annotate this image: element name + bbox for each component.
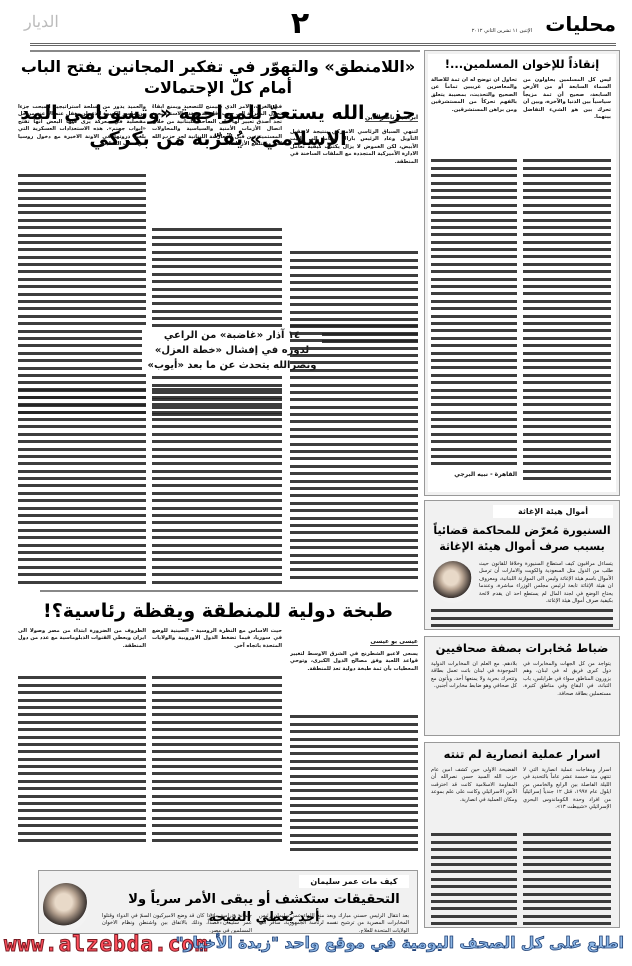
brotherhood-col-2: تحاول أن توضح له أن ثمة للاصالة والمعاصر… xyxy=(431,77,517,155)
second-byline: عيسى بو عيسى xyxy=(370,638,418,646)
suleiman-kicker: كيف مات عمر سليمان xyxy=(299,875,409,888)
second-col-1-text: يسعى لاعبو الشطرنج في الشرق الأوسط لتغيي… xyxy=(290,651,418,711)
suleiman-box: كيف مات عمر سليمان التحقيقات ستكشف أو يب… xyxy=(38,870,418,934)
siniora-body: يتساءل مراقبون كيف استطاع السنيورة وخلاف… xyxy=(479,561,613,605)
second-col-1: عيسى بو عيسى يسعى لاعبو الشطرنج في الشرق… xyxy=(290,628,418,853)
brotherhood-signature: القاهرة - نبيه البرجي xyxy=(431,471,517,478)
suleiman-photo xyxy=(43,883,89,931)
siniora-title-line1: السنيورة مُعرّض للمحاكمة قضائياً xyxy=(431,523,613,538)
main-rule xyxy=(30,50,420,52)
main-col-2-text: في الغرب، الأمر الذي سيمنح للتصعيد ويمنع… xyxy=(152,104,282,224)
watermark-banner: www.alzebda.com اطلع على كل الصحف اليومي… xyxy=(0,930,632,960)
ansariya-title: اسرار عملية انصارية لم تنته xyxy=(431,747,613,761)
main-lead: لتنهي السباق الرئاسي الاميركي بنتيجة لا … xyxy=(290,129,418,247)
second-col-2-text: حيث الاساس مع النظرة الروسية - الصينية ل… xyxy=(152,628,282,672)
issue-date: الإثنين ١١ تشرين الثاني ٢٠١٢ xyxy=(472,28,532,34)
section-title: محليات xyxy=(545,12,616,36)
second-col-3-text: الظروف من الضرورة ابتداء من مصر وصولاً ا… xyxy=(18,628,146,672)
siniora-photo xyxy=(433,561,473,603)
brotherhood-col-1: ليس كل المسلمين يحاولون من السماء السابع… xyxy=(523,77,611,155)
intelligence-title: ضباط مُخابرات بصفة صحافيين xyxy=(431,641,613,655)
siniora-title-line2: بسبب صرف أموال هيئة الإغاثة xyxy=(431,539,613,554)
section-divider xyxy=(40,590,418,592)
main-col-1: ابراهيم ناصرالدين لتنهي السباق الرئاسي ا… xyxy=(290,104,418,347)
banner-promo-text: اطلع على كل الصحف اليومية في موقع واحد "… xyxy=(176,934,624,952)
second-col-3: الظروف من الضرورة ابتداء من مصر وصولاً ا… xyxy=(18,628,146,842)
main-byline: ابراهيم ناصرالدين xyxy=(365,114,418,122)
main-col-1-lower xyxy=(290,320,418,584)
ansariya-box: اسرار عملية انصارية لم تنته اسرار ومفاجآ… xyxy=(424,742,620,928)
second-headline: طبخة دولية للمنطقة ويقظة رئاسية؟! xyxy=(18,598,418,624)
page-number: ٢ xyxy=(270,6,330,41)
ansariya-col-2: الفضيحة الاولى حين كشف امين عام حزب الله… xyxy=(431,767,517,827)
brotherhood-box: إنقاذاً للإخوان المسلمين...! ليس كل المس… xyxy=(424,50,620,496)
brotherhood-title: إنقاذاً للإخوان المسلمين...! xyxy=(431,57,613,71)
intelligence-box: ضباط مُخابرات بصفة صحافيين يتواجد من كل … xyxy=(424,636,620,736)
main-col-3-text: والعميد يدور من أسلحة استراتيجية أصبحت ج… xyxy=(18,104,146,170)
newspaper-logo: الديار xyxy=(24,12,59,31)
ansariya-col-1: اسرار ومفاجآت عملية انصارية التي لا تنته… xyxy=(523,767,611,827)
masthead: محليات الإثنين ١١ تشرين الثاني ٢٠١٢ ٢ ال… xyxy=(0,0,632,46)
main-col-2: في الغرب، الأمر الذي سيمنح للتصعيد ويمنع… xyxy=(152,104,282,424)
intelligence-col-1: يتواجد من كل الجهات والمخابرات في دول كب… xyxy=(523,661,611,733)
masthead-rule xyxy=(30,43,616,46)
main-col-3: والعميد يدور من أسلحة استراتيجية أصبحت ج… xyxy=(18,104,146,420)
main-col-2-lower xyxy=(152,384,282,584)
siniora-kicker: أموال هيئة الإغاثة xyxy=(493,505,613,518)
second-col-2: حيث الاساس مع النظرة الروسية - الصينية ل… xyxy=(152,628,282,842)
siniora-box: أموال هيئة الإغاثة السنيورة مُعرّض للمحا… xyxy=(424,500,620,630)
intelligence-col-2: بلادهم. مع العلم أن المخابرات الدولية ال… xyxy=(431,661,517,733)
main-col-3-lower xyxy=(18,384,146,584)
main-headline-line1: «اللامنطق» والتهوّر في تفكير المجانين يف… xyxy=(18,56,418,98)
